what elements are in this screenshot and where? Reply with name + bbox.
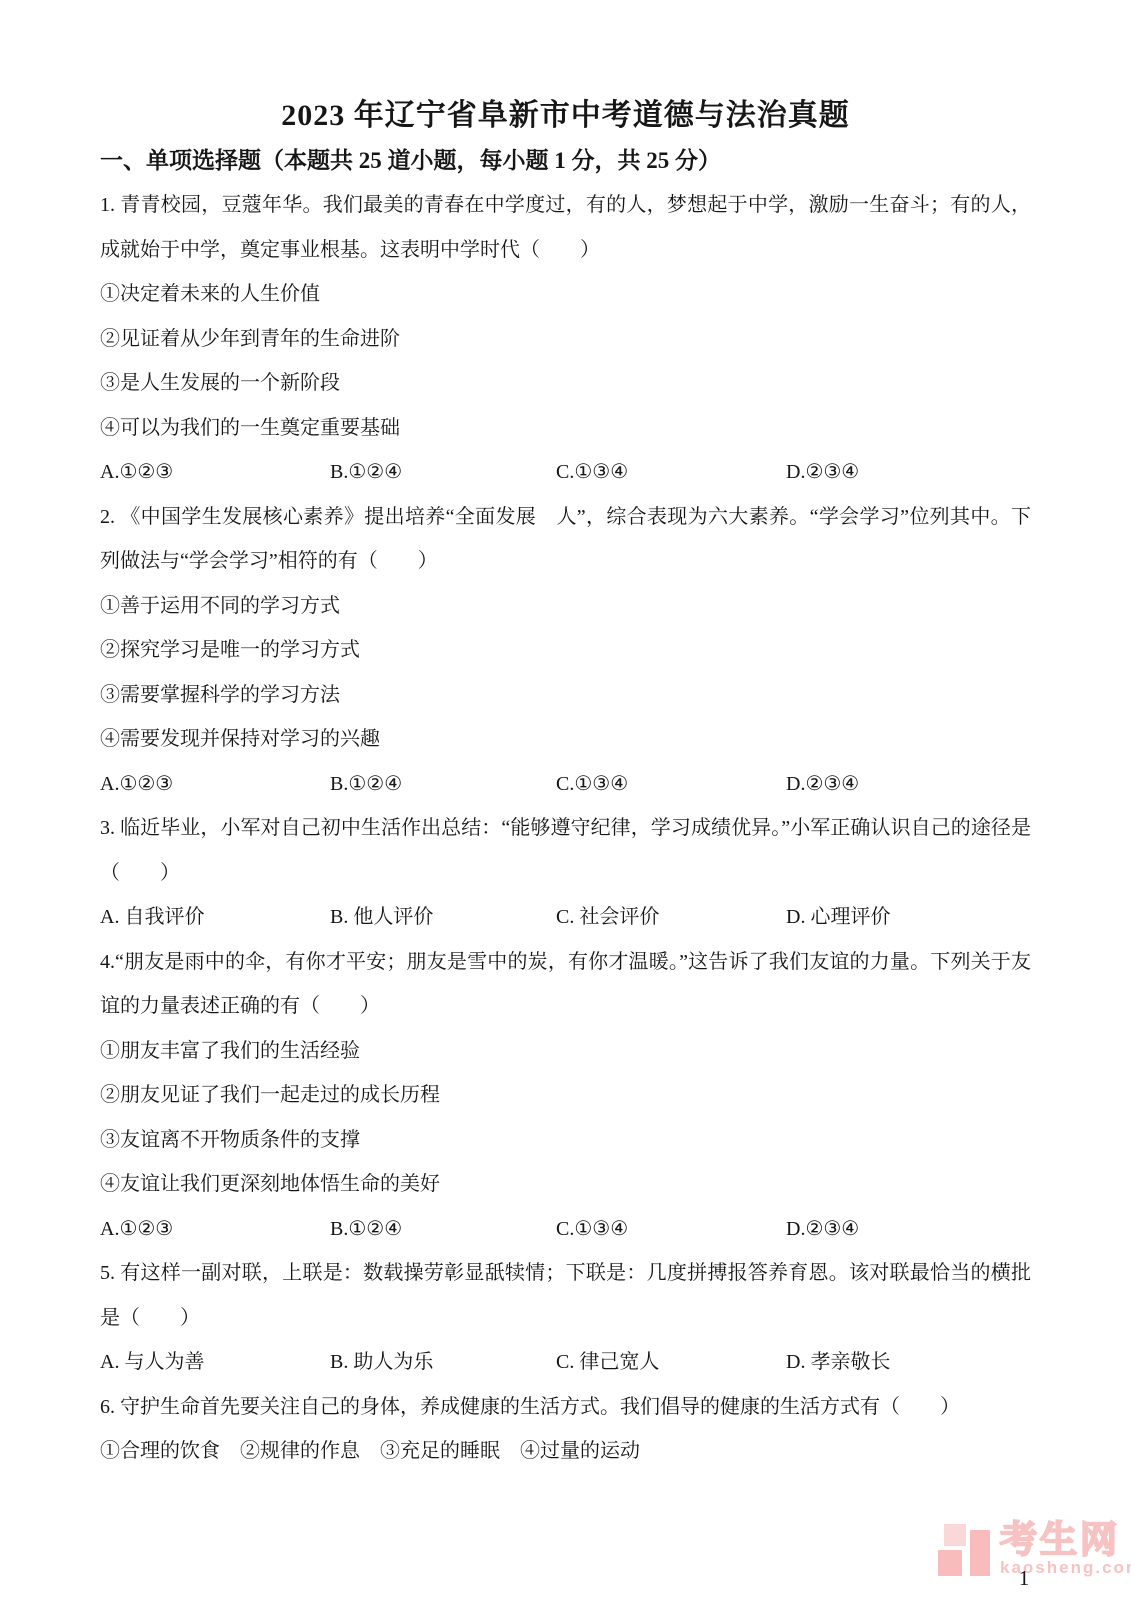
answer-option-a: A. 自我评价 — [100, 895, 330, 940]
answer-options-row: A.①②③B.①②④C.①③④D.②③④ — [100, 1207, 1031, 1252]
answer-option-a: A. 与人为善 — [100, 1340, 330, 1385]
question-block: 6. 守护生命首先要关注自己的身体，养成健康的生活方式。我们倡导的健康的生活方式… — [100, 1385, 1031, 1474]
answer-option-c: C. 律己宽人 — [556, 1340, 786, 1385]
exam-page: 2023 年辽宁省阜新市中考道德与法治真题 一、单项选择题（本题共 25 道小题… — [0, 0, 1131, 1600]
choice-item: ①善于运用不同的学习方式 — [100, 584, 1031, 629]
answer-option-d: D.②③④ — [786, 762, 1031, 807]
answer-option-d: D. 孝亲敬长 — [786, 1340, 1031, 1385]
kaosheng-logo-text: 考生网 — [1000, 1522, 1131, 1558]
answer-option-c: C.①③④ — [556, 1207, 786, 1252]
answer-option-b: B. 助人为乐 — [330, 1340, 556, 1385]
section-heading: 一、单项选择题（本题共 25 道小题，每小题 1 分，共 25 分） — [100, 139, 1031, 184]
page-content: 2023 年辽宁省阜新市中考道德与法治真题 一、单项选择题（本题共 25 道小题… — [100, 94, 1031, 1474]
question-stem: 5. 有这样一副对联，上联是：数载操劳彰显舐犊情；下联是：几度拼搏报答养育恩。该… — [100, 1251, 1031, 1340]
answer-option-b: B.①②④ — [330, 762, 556, 807]
choice-item: ①朋友丰富了我们的生活经验 — [100, 1029, 1031, 1074]
answer-option-d: D. 心理评价 — [786, 895, 1031, 940]
answer-option-c: C. 社会评价 — [556, 895, 786, 940]
question-block: 4.“朋友是雨中的伞，有你才平安；朋友是雪中的炭，有你才温暖。”这告诉了我们友谊… — [100, 940, 1031, 1252]
question-block: 1. 青青校园，豆蔻年华。我们最美的青春在中学度过，有的人，梦想起于中学，激励一… — [100, 183, 1031, 495]
question-stem: 1. 青青校园，豆蔻年华。我们最美的青春在中学度过，有的人，梦想起于中学，激励一… — [100, 183, 1031, 272]
answer-option-a: A.①②③ — [100, 1207, 330, 1252]
answer-option-c: C.①③④ — [556, 762, 786, 807]
page-number: 1 — [1012, 1564, 1036, 1592]
choice-item: ③需要掌握科学的学习方法 — [100, 673, 1031, 718]
question-block: 5. 有这样一副对联，上联是：数载操劳彰显舐犊情；下联是：几度拼搏报答养育恩。该… — [100, 1251, 1031, 1385]
answer-option-d: D.②③④ — [786, 450, 1031, 495]
answer-options-row: A.①②③B.①②④C.①③④D.②③④ — [100, 762, 1031, 807]
question-stem: 2. 《中国学生发展核心素养》提出培养“全面发展 人”，综合表现为六大素养。“学… — [100, 495, 1031, 584]
question-block: 3. 临近毕业，小军对自己初中生活作出总结：“能够遵守纪律，学习成绩优异。”小军… — [100, 806, 1031, 940]
choice-item: ④友谊让我们更深刻地体悟生命的美好 — [100, 1162, 1031, 1207]
choice-items: ①合理的饮食 ②规律的作息 ③充足的睡眠 ④过量的运动 — [100, 1429, 1031, 1474]
answer-option-a: A.①②③ — [100, 450, 330, 495]
choice-item: ④需要发现并保持对学习的兴趣 — [100, 717, 1031, 762]
choice-items: ①善于运用不同的学习方式②探究学习是唯一的学习方式③需要掌握科学的学习方法④需要… — [100, 584, 1031, 762]
question-stem: 6. 守护生命首先要关注自己的身体，养成健康的生活方式。我们倡导的健康的生活方式… — [100, 1385, 1031, 1430]
choice-item: ③是人生发展的一个新阶段 — [100, 361, 1031, 406]
choice-item: ②见证着从少年到青年的生命进阶 — [100, 317, 1031, 362]
page-title: 2023 年辽宁省阜新市中考道德与法治真题 — [100, 94, 1031, 139]
choice-items: ①朋友丰富了我们的生活经验②朋友见证了我们一起走过的成长历程③友谊离不开物质条件… — [100, 1029, 1031, 1207]
choice-item: ④可以为我们的一生奠定重要基础 — [100, 406, 1031, 451]
choice-item: ②朋友见证了我们一起走过的成长历程 — [100, 1073, 1031, 1118]
answer-options-row: A. 与人为善B. 助人为乐C. 律己宽人D. 孝亲敬长 — [100, 1340, 1031, 1385]
choice-item: ①合理的饮食 ②规律的作息 ③充足的睡眠 ④过量的运动 — [100, 1429, 1031, 1474]
answer-option-b: B.①②④ — [330, 1207, 556, 1252]
answer-option-a: A.①②③ — [100, 762, 330, 807]
answer-option-b: B. 他人评价 — [330, 895, 556, 940]
answer-options-row: A. 自我评价B. 他人评价C. 社会评价D. 心理评价 — [100, 895, 1031, 940]
questions: 1. 青青校园，豆蔻年华。我们最美的青春在中学度过，有的人，梦想起于中学，激励一… — [100, 183, 1031, 1474]
choice-item: ②探究学习是唯一的学习方式 — [100, 628, 1031, 673]
answer-option-c: C.①③④ — [556, 450, 786, 495]
answer-options-row: A.①②③B.①②④C.①③④D.②③④ — [100, 450, 1031, 495]
kaosheng-logo-icon — [938, 1522, 992, 1576]
choice-items: ①决定着未来的人生价值②见证着从少年到青年的生命进阶③是人生发展的一个新阶段④可… — [100, 272, 1031, 450]
question-stem: 4.“朋友是雨中的伞，有你才平安；朋友是雪中的炭，有你才温暖。”这告诉了我们友谊… — [100, 940, 1031, 1029]
choice-item: ③友谊离不开物质条件的支撑 — [100, 1118, 1031, 1163]
choice-item: ①决定着未来的人生价值 — [100, 272, 1031, 317]
answer-option-b: B.①②④ — [330, 450, 556, 495]
answer-option-d: D.②③④ — [786, 1207, 1031, 1252]
question-stem: 3. 临近毕业，小军对自己初中生活作出总结：“能够遵守纪律，学习成绩优异。”小军… — [100, 806, 1031, 895]
question-block: 2. 《中国学生发展核心素养》提出培养“全面发展 人”，综合表现为六大素养。“学… — [100, 495, 1031, 807]
